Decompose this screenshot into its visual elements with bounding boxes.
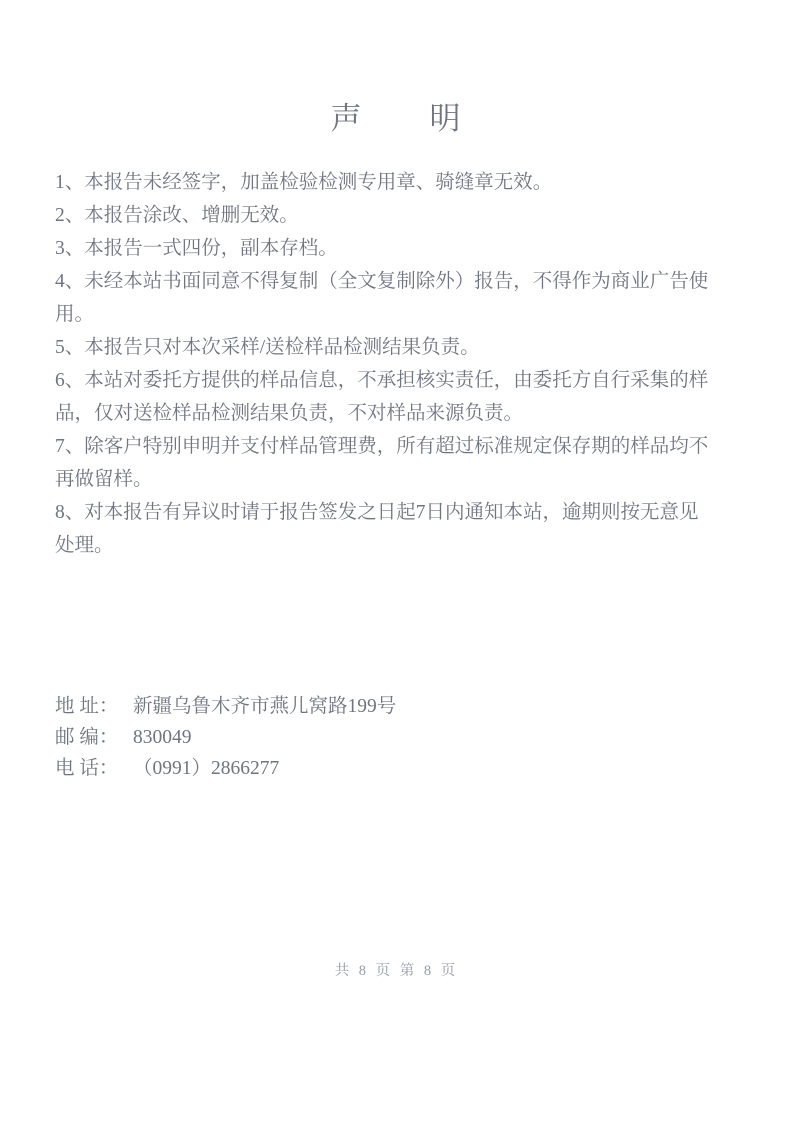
declaration-item-5: 5、本报告只对本次采样/送检样品检测结果负责。 bbox=[55, 331, 710, 364]
declaration-item-8: 8、对本报告有异议时请于报告签发之日起7日内通知本站，逾期则按无意见处理。 bbox=[55, 496, 710, 562]
declaration-item-7: 7、除客户特别申明并支付样品管理费，所有超过标准规定保存期的样品均不再做留样。 bbox=[55, 430, 710, 496]
contact-block: 地 址： 新疆乌鲁木齐市燕儿窝路199号 邮 编： 830049 电 话： （0… bbox=[55, 691, 396, 784]
address-value: 新疆乌鲁木齐市燕儿窝路199号 bbox=[133, 691, 396, 722]
declaration-item-1: 1、本报告未经签字，加盖检验检测专用章、骑缝章无效。 bbox=[55, 166, 710, 199]
declaration-list: 1、本报告未经签字，加盖检验检测专用章、骑缝章无效。 2、本报告涂改、增删无效。… bbox=[55, 166, 710, 562]
phone-value: （0991）2866277 bbox=[133, 753, 279, 784]
postcode-row: 邮 编： 830049 bbox=[55, 722, 396, 753]
phone-row: 电 话： （0991）2866277 bbox=[55, 753, 396, 784]
declaration-item-6: 6、本站对委托方提供的样品信息，不承担核实责任，由委托方自行采集的样品，仅对送检… bbox=[55, 364, 710, 430]
declaration-item-3: 3、本报告一式四份，副本存档。 bbox=[55, 232, 710, 265]
declaration-item-2: 2、本报告涂改、增删无效。 bbox=[55, 199, 710, 232]
page-number-footer: 共 8 页 第 8 页 bbox=[0, 959, 793, 980]
document-page: 声 明 1、本报告未经签字，加盖检验检测专用章、骑缝章无效。 2、本报告涂改、增… bbox=[0, 0, 793, 1123]
address-label: 地 址： bbox=[55, 691, 127, 722]
declaration-item-4: 4、未经本站书面同意不得复制（全文复制除外）报告，不得作为商业广告使用。 bbox=[55, 265, 710, 331]
postcode-value: 830049 bbox=[133, 722, 192, 753]
address-row: 地 址： 新疆乌鲁木齐市燕儿窝路199号 bbox=[55, 691, 396, 722]
phone-label: 电 话： bbox=[55, 753, 127, 784]
page-title: 声 明 bbox=[0, 93, 793, 138]
postcode-label: 邮 编： bbox=[55, 722, 127, 753]
